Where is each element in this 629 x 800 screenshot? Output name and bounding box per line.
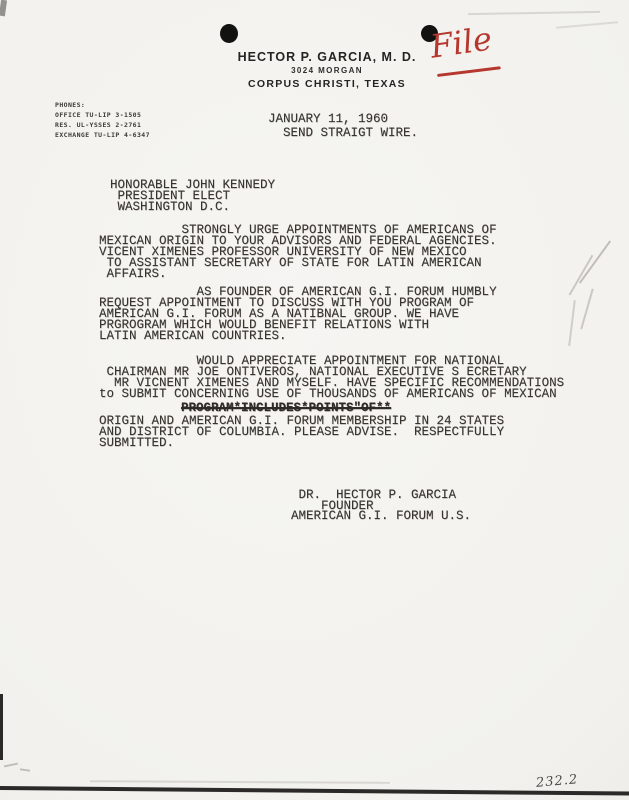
scanned-telegram-page: HECTOR P. GARCIA, M. D. 3024 MORGAN CORP… — [0, 0, 629, 800]
letterhead-phones: PHONES: OFFICE TU-LIP 3-1505 RES. UL-YSS… — [55, 100, 150, 140]
body-paragraph-2: AS FOUNDER OF AMERICAN G.I. FORUM HUMBLY… — [99, 287, 497, 342]
scan-streak-top — [468, 11, 600, 15]
letterhead-city: CORPUS CHRISTI, TEXAS — [167, 78, 487, 90]
scan-bottom-faint-line — [90, 780, 390, 783]
scan-left-edge-line — [0, 694, 3, 760]
scan-corner-smudge — [0, 0, 7, 16]
signature-block: DR. HECTOR P. GARCIA FOUNDER AMERICAN G.… — [291, 490, 471, 522]
struck-out-line: PROGRAM*INCLUDES*POINTS"OF** — [181, 403, 391, 414]
body-paragraph-3-continued: ORIGIN AND AMERICAN G.I. FORUM MEMBERSHI… — [99, 416, 504, 449]
crease-mark — [580, 289, 593, 330]
pencil-scribble — [20, 768, 30, 771]
crease-mark — [568, 300, 575, 346]
body-paragraph-1: STRONGLY URGE APPOINTMENTS OF AMERICANS … — [99, 225, 497, 280]
scan-bottom-edge-line — [0, 786, 629, 795]
pencil-scribble — [4, 763, 18, 768]
crease-mark — [579, 240, 611, 283]
punch-hole-dot-left — [220, 24, 238, 43]
catalog-number-handwritten: 232.2 — [535, 772, 578, 791]
crease-mark — [569, 255, 593, 296]
recipient-block: HONORABLE JOHN KENNEDY PRESIDENT ELECT W… — [110, 180, 275, 213]
date-block: JANUARY 11, 1960 SEND STRAIGT WIRE. — [268, 112, 418, 140]
body-paragraph-3: WOULD APPRECIATE APPOINTMENT FOR NATIONA… — [99, 356, 564, 400]
scan-streak-top-right — [556, 21, 618, 28]
